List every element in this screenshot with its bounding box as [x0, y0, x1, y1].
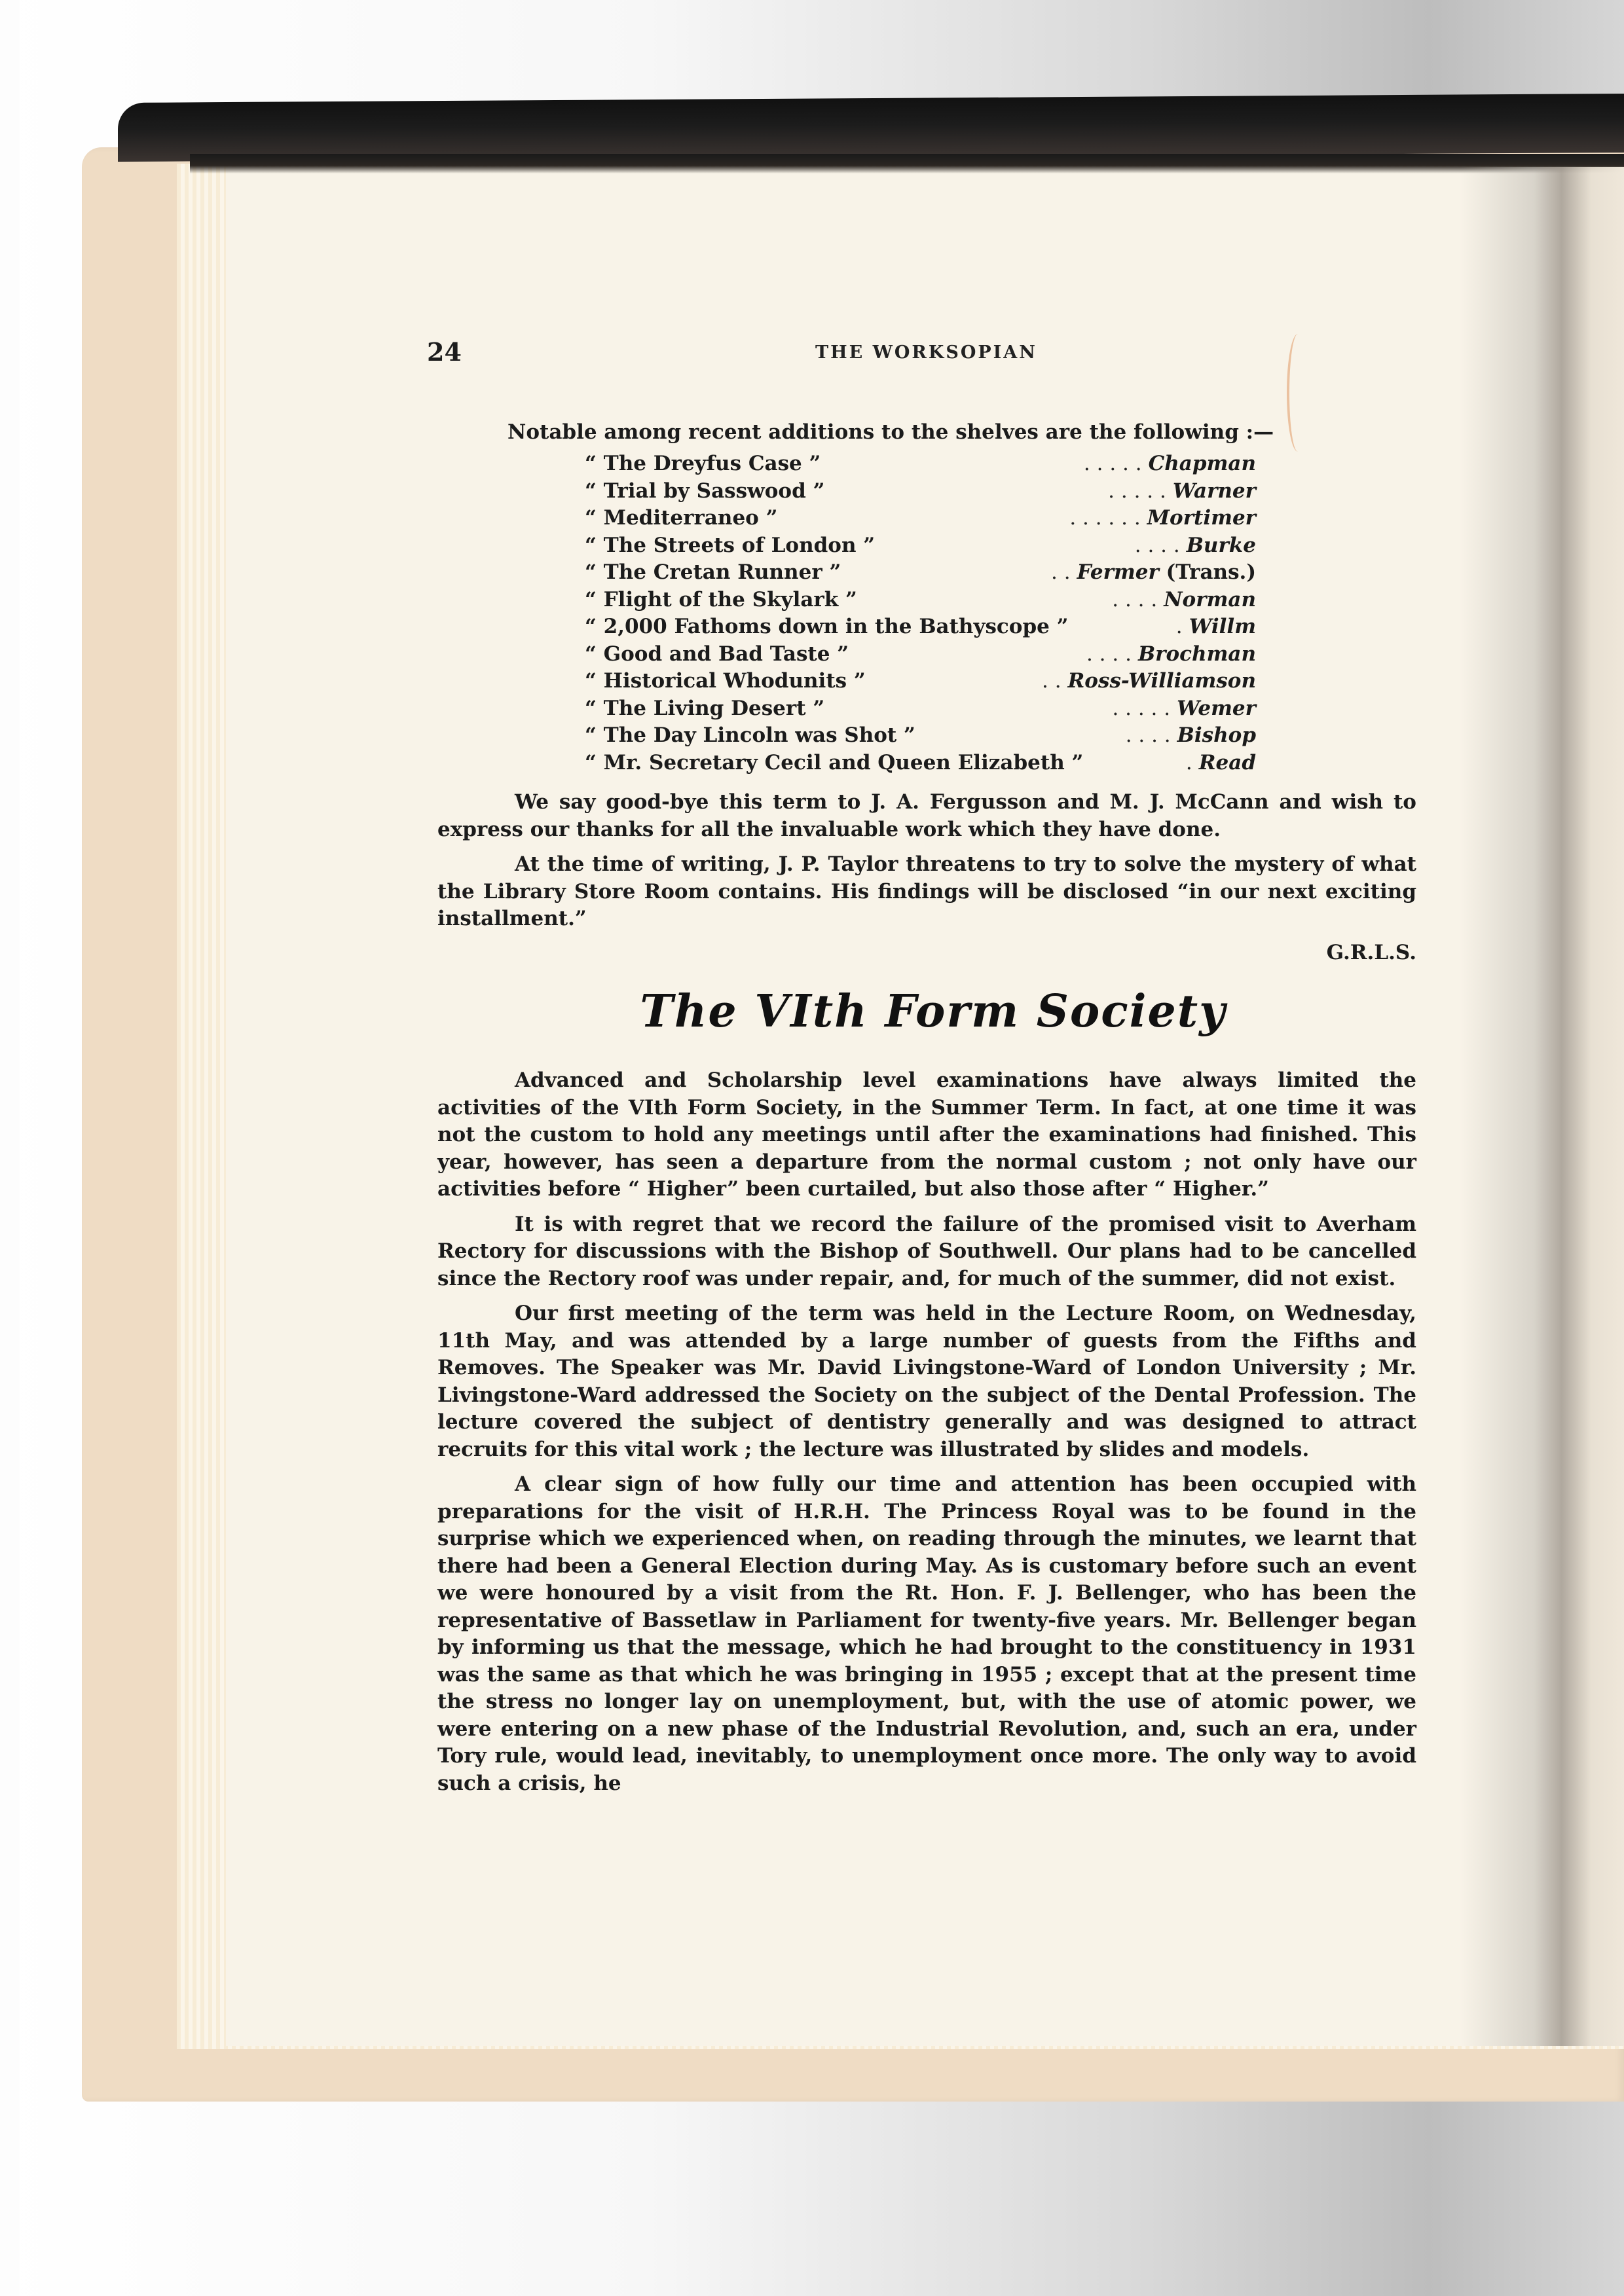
- book-author: Warner: [1173, 478, 1256, 505]
- paragraph: Our first meeting of the term was held i…: [437, 1300, 1416, 1463]
- book-title: “ Historical Whodunits ”: [585, 668, 866, 695]
- author-name: Chapman: [1149, 452, 1256, 475]
- paragraph: Advanced and Scholarship level examinati…: [437, 1067, 1416, 1203]
- book-author: Fermer (Trans.): [1077, 559, 1256, 587]
- author-name: Bishop: [1177, 723, 1256, 747]
- paragraph: We say good-bye this term to J. A. Fergu…: [437, 789, 1416, 843]
- author-name: Warner: [1173, 479, 1256, 503]
- book-title: “ The Streets of London ”: [585, 532, 875, 560]
- book-title: “ Mr. Secretary Cecil and Queen Elizabet…: [585, 750, 1083, 777]
- book-row: “ The Day Lincoln was Shot ” . . . . Bis…: [585, 722, 1256, 750]
- page-top-shadow: [190, 154, 1624, 173]
- book-row: “ Flight of the Skylark ” . . . . Norman: [585, 587, 1256, 614]
- leader-dots: .: [1069, 613, 1189, 641]
- book-author: Norman: [1164, 587, 1256, 614]
- book-title: “ The Living Desert ”: [585, 695, 824, 723]
- leader-dots: . . . .: [849, 641, 1138, 668]
- author-name: Read: [1199, 751, 1256, 774]
- book-title: “ Flight of the Skylark ”: [585, 587, 857, 614]
- leader-dots: . . . .: [915, 722, 1177, 750]
- society-report: Advanced and Scholarship level examinati…: [437, 1067, 1416, 1805]
- author-name: Ross-Williamson: [1068, 669, 1256, 693]
- paragraph: A clear sign of how fully our time and a…: [437, 1471, 1416, 1797]
- book-title: “ 2,000 Fathoms down in the Bathyscope ”: [585, 613, 1069, 641]
- book-author: Chapman: [1149, 450, 1256, 478]
- book-row: “ The Dreyfus Case ” . . . . . Chapman: [585, 450, 1256, 478]
- paragraph: It is with regret that we record the fai…: [437, 1211, 1416, 1293]
- book-author: Willm: [1189, 613, 1256, 641]
- book-list: “ The Dreyfus Case ” . . . . . Chapman “…: [585, 450, 1256, 776]
- book-row: “ Historical Whodunits ” . . Ross-Willia…: [585, 668, 1256, 695]
- book-row: “ Trial by Sasswood ” . . . . . Warner: [585, 478, 1256, 505]
- leader-dots: . . . . .: [824, 478, 1172, 505]
- journal-title: THE WORKSOPIAN: [815, 342, 1037, 363]
- library-intro: Notable among recent additions to the sh…: [507, 419, 1424, 446]
- book-author: Mortimer: [1147, 505, 1256, 532]
- author-name: Mortimer: [1147, 506, 1256, 530]
- author-name: Wemer: [1177, 697, 1256, 720]
- leader-dots: . . . . .: [824, 695, 1177, 723]
- paragraph: At the time of writing, J. P. Taylor thr…: [437, 851, 1416, 933]
- book-author: Read: [1199, 750, 1256, 777]
- author-suffix: (Trans.): [1159, 560, 1256, 584]
- book-top-shadow: [118, 94, 1624, 162]
- library-notes: We say good-bye this term to J. A. Fergu…: [437, 789, 1416, 966]
- book-title: “ The Cretan Runner ”: [585, 559, 841, 587]
- section-title: The VIth Form Society: [0, 985, 1624, 1038]
- author-name: Norman: [1164, 588, 1256, 611]
- author-name: Willm: [1189, 615, 1256, 638]
- book-title: “ Trial by Sasswood ”: [585, 478, 824, 505]
- leader-dots: . . . .: [875, 532, 1187, 560]
- book-author: Burke: [1187, 532, 1256, 560]
- gutter-shadow: [1460, 167, 1624, 2046]
- book-author: Brochman: [1138, 641, 1256, 668]
- book-author: Bishop: [1177, 722, 1256, 750]
- leader-dots: . . . . .: [821, 450, 1148, 478]
- author-name: Brochman: [1138, 642, 1256, 666]
- book-title: “ The Day Lincoln was Shot ”: [585, 722, 915, 750]
- book-title: “ The Dreyfus Case ”: [585, 450, 821, 478]
- book-row: “ The Living Desert ” . . . . . Wemer: [585, 695, 1256, 723]
- book-author: Ross-Williamson: [1068, 668, 1256, 695]
- page-number: 24: [427, 337, 462, 367]
- book-row: “ Mr. Secretary Cecil and Queen Elizabet…: [585, 750, 1256, 777]
- book-row: “ 2,000 Fathoms down in the Bathyscope ”…: [585, 613, 1256, 641]
- book-row: “ The Cretan Runner ” . . Fermer (Trans.…: [585, 559, 1256, 587]
- book-row: “ Good and Bad Taste ” . . . . Brochman: [585, 641, 1256, 668]
- signature: G.R.L.S.: [437, 939, 1416, 967]
- author-name: Burke: [1187, 534, 1256, 557]
- leader-dots: . .: [866, 668, 1068, 695]
- book-title: “ Mediterraneo ”: [585, 505, 777, 532]
- leader-dots: .: [1083, 750, 1198, 777]
- book-author: Wemer: [1177, 695, 1256, 723]
- book-title: “ Good and Bad Taste ”: [585, 641, 849, 668]
- leader-dots: . . . . . .: [777, 505, 1147, 532]
- leader-dots: . .: [841, 559, 1077, 587]
- leader-dots: . . . .: [857, 587, 1164, 614]
- author-name: Fermer: [1077, 560, 1159, 584]
- book-row: “ Mediterraneo ” . . . . . . Mortimer: [585, 505, 1256, 532]
- running-head: 24 THE WORKSOPIAN: [0, 337, 1624, 370]
- book-row: “ The Streets of London ” . . . . Burke: [585, 532, 1256, 560]
